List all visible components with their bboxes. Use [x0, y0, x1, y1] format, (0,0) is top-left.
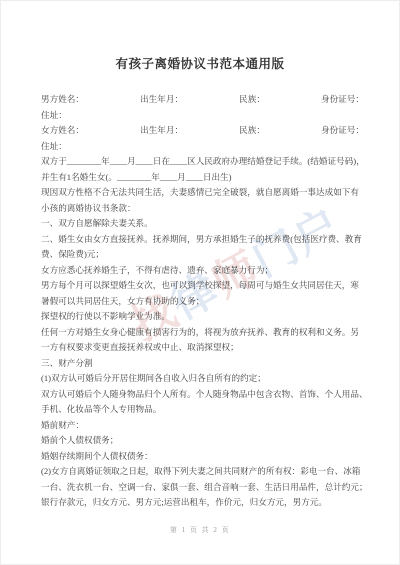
document-page: 找律师门户 有孩子离婚协议书范本通用版 男方姓名： 出生年月： 民族： 身份证号… [0, 0, 400, 565]
body-line: 暑假可以共同居住天，女方有协助的义务； [41, 294, 366, 310]
male-address-label: 住址： [41, 108, 366, 124]
document-title: 有孩子离婚协议书范本通用版 [1, 55, 399, 73]
female-name-label: 女方姓名： [41, 123, 84, 139]
body-line: 一方有权要求变更直接抚养权或中止、取消探望权； [41, 340, 366, 356]
page-number-indicator: 第 1 页 共 2 页 [1, 524, 399, 536]
body-line: 婚前个人债权债务； [41, 433, 366, 449]
body-line: 男方每个月可以探望婚生女次，也可以到学校探望，每周可与婚生女共同居住天，寒 [41, 278, 366, 294]
female-birthdate-label: 出生年月： [140, 123, 183, 139]
body-line: 任何一方对婚生女身心健康有损害行为的，将视为放弃抚养、教育的权利和义务。另 [41, 325, 366, 341]
document-body: 男方姓名： 出生年月： 民族： 身份证号： 住址： 女方姓名： 出生年月： 民族… [41, 92, 366, 511]
male-id-number-label: 身份证号： [321, 92, 364, 108]
body-line: 二、婚生女由女方直接抚养。抚养期间，男方承担婚生子的抚养费(包括医疗费、教育 [41, 232, 366, 248]
body-line: 女方应悉心抚养婚生子，不得有虐待、遗弃、家庭暴力行为； [41, 263, 366, 279]
body-line: 一、双方自愿解除夫妻关系。 [41, 216, 366, 232]
body-line: 银行存款元，归女方元、男方元;运营出租车，作价元，归女方元，男方元。 [41, 495, 366, 511]
body-line: 小孩的离婚协议书条款： [41, 201, 366, 217]
male-name-label: 男方姓名： [41, 92, 84, 108]
female-address-label: 住址： [41, 139, 366, 155]
body-line: 双方认可婚后个人随身物品归个人所有。个人随身物品中包含衣物、首饰、个人用品、 [41, 387, 366, 403]
party-row-male: 男方姓名： 出生年月： 民族： 身份证号： [41, 92, 366, 108]
female-ethnicity-label: 民族： [239, 123, 265, 139]
body-line: 探望权的行使以不影响学业为准。 [41, 309, 366, 325]
body-line: 一台、洗衣机一台、空调一台、家俱一套、组合音响一套、生活日用品件，总计约元； [41, 480, 366, 496]
body-line: 婚姻存续期间个人债权债务： [41, 449, 366, 465]
body-line: 并生有1名婚生女(。________年____月____日出生) [41, 170, 366, 186]
body-line: 双方于________年____月____日在____区人民政府办理结婚登记手续… [41, 154, 366, 170]
body-line: 现因双方性格不合无法共同生活，夫妻感情已完全破裂，就自愿离婚一事达成如下有 [41, 185, 366, 201]
female-id-number-label: 身份证号： [321, 123, 364, 139]
male-birthdate-label: 出生年月： [140, 92, 183, 108]
body-line: (2)女方自离婚证领取之日起，取得下列夫妻之间共同财产的所有权：彩电一台、冰箱 [41, 464, 366, 480]
body-line: 手机、化妆品等个人专用物品。 [41, 402, 366, 418]
body-line: 费、保险费)元； [41, 247, 366, 263]
body-line: (1)双方认可婚后分开居住期间各自收入归各自所有的约定； [41, 371, 366, 387]
party-row-female: 女方姓名： 出生年月： 民族： 身份证号： [41, 123, 366, 139]
body-line: 婚前财产： [41, 418, 366, 434]
body-line: 三、财产分割 [41, 356, 366, 372]
male-ethnicity-label: 民族： [239, 92, 265, 108]
